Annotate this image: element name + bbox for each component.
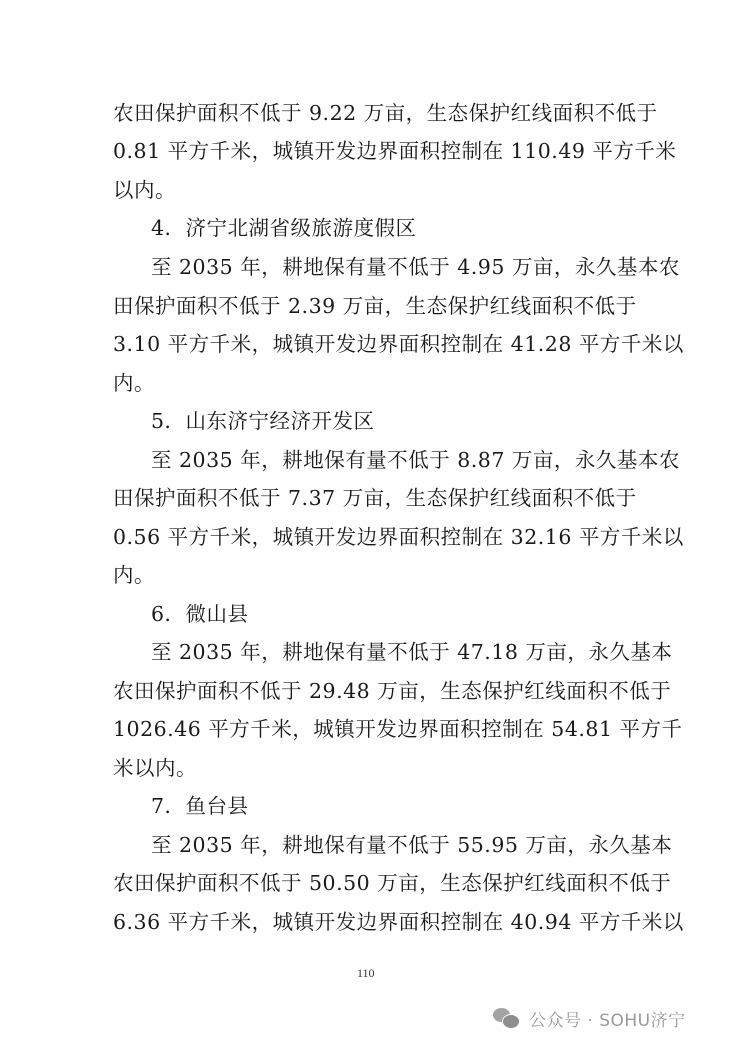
section-heading-5: 5．山东济宁经济开发区 <box>151 402 629 440</box>
body-line: 农田保护面积不低于 29.48 万亩，生态保护红线面积不低于 <box>113 672 629 710</box>
body-line: 内。 <box>113 556 629 594</box>
body-line: 以内。 <box>113 171 629 209</box>
wechat-icon <box>493 1007 521 1029</box>
watermark-text: 公众号 · SOHU济宁 <box>529 1006 686 1031</box>
document-page: 农田保护面积不低于 9.22 万亩，生态保护红线面积不低于 0.81 平方千米，… <box>0 0 740 1047</box>
body-line: 至 2035 年，耕地保有量不低于 47.18 万亩，永久基本 <box>151 633 629 671</box>
body-line: 至 2035 年，耕地保有量不低于 8.87 万亩，永久基本农 <box>151 441 629 479</box>
body-line: 田保护面积不低于 2.39 万亩，生态保护红线面积不低于 <box>113 287 629 325</box>
section-heading-4: 4．济宁北湖省级旅游度假区 <box>151 209 629 247</box>
body-line: 田保护面积不低于 7.37 万亩，生态保护红线面积不低于 <box>113 479 629 517</box>
body-line: 内。 <box>113 364 629 402</box>
watermark: 公众号 · SOHU济宁 <box>493 1005 686 1031</box>
body-line: 农田保护面积不低于 50.50 万亩，生态保护红线面积不低于 <box>113 864 629 902</box>
section-heading-6: 6．微山县 <box>151 595 629 633</box>
body-line: 3.10 平方千米，城镇开发边界面积控制在 41.28 平方千米以 <box>113 325 629 363</box>
section-heading-7: 7．鱼台县 <box>151 787 629 825</box>
body-line: 米以内。 <box>113 749 629 787</box>
body-line: 0.56 平方千米，城镇开发边界面积控制在 32.16 平方千米以 <box>113 518 629 556</box>
body-line: 至 2035 年，耕地保有量不低于 55.95 万亩，永久基本 <box>151 826 629 864</box>
body-line: 0.81 平方千米，城镇开发边界面积控制在 110.49 平方千米 <box>113 132 629 170</box>
body-line: 至 2035 年，耕地保有量不低于 4.95 万亩，永久基本农 <box>151 248 629 286</box>
body-line: 农田保护面积不低于 9.22 万亩，生态保护红线面积不低于 <box>113 94 629 132</box>
body-line: 6.36 平方千米，城镇开发边界面积控制在 40.94 平方千米以 <box>113 903 629 941</box>
body-line: 1026.46 平方千米，城镇开发边界面积控制在 54.81 平方千 <box>113 710 629 748</box>
page-number: 110 <box>357 966 375 981</box>
